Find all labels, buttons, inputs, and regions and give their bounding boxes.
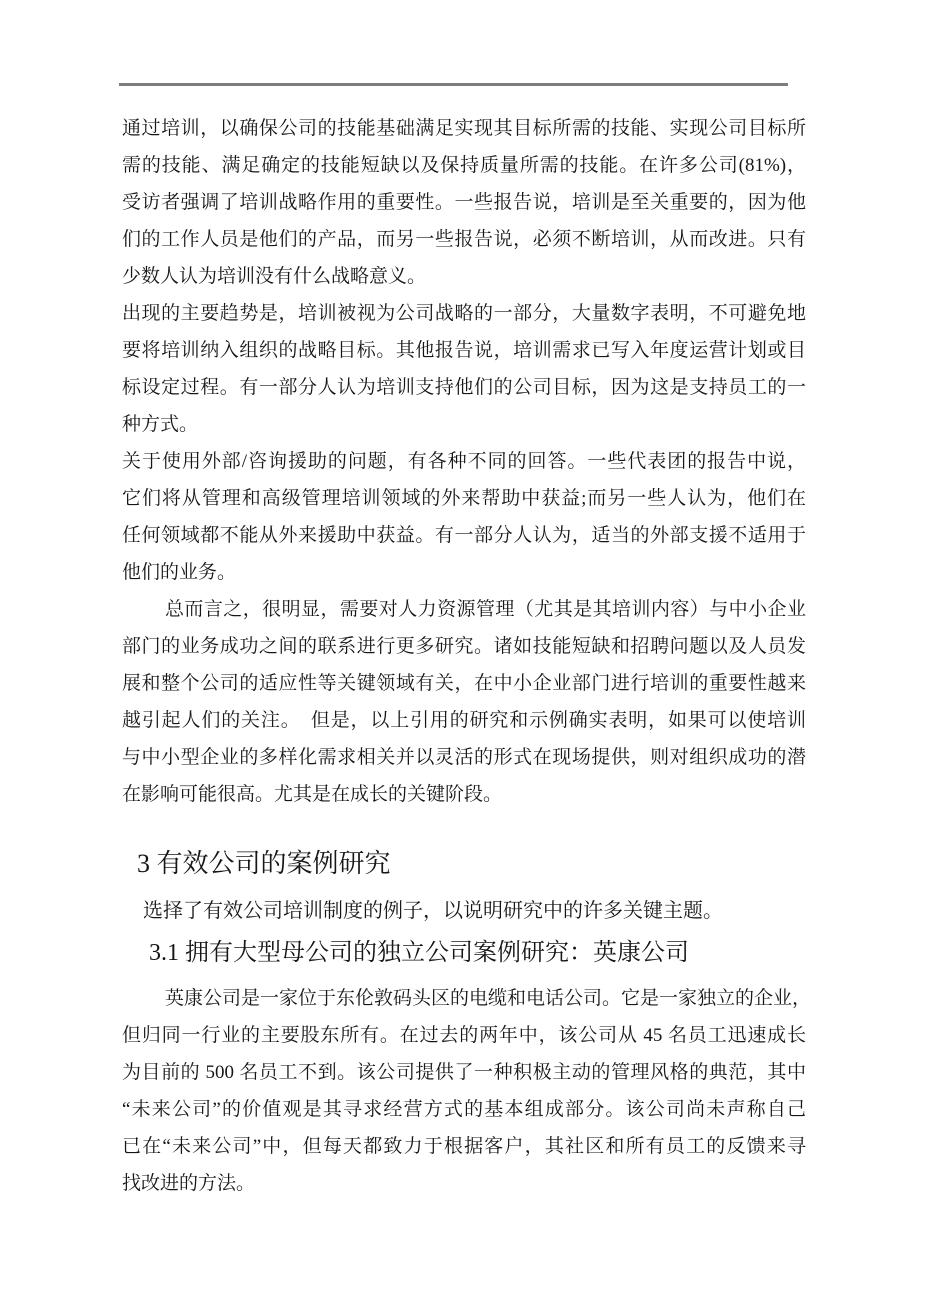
text-line: 越引起人们的关注。 但是，以上引用的研究和示例确实表明，如果可以使培训	[122, 702, 806, 739]
section-heading: 3 有效公司的案例研究	[122, 843, 806, 885]
text-line: 需的技能、满足确定的技能短缺以及保持质量所需的技能。在许多公司(81%)，	[122, 147, 806, 184]
text-line: 通过培训，以确保公司的技能基础满足实现其目标所需的技能、实现公司目标所	[122, 110, 806, 147]
text-line: “未来公司”的价值观是其寻求经营方式的基本组成部分。该公司尚未声称自己	[122, 1091, 806, 1128]
text-line: 展和整个公司的适应性等关键领域有关，在中小企业部门进行培训的重要性越来	[122, 665, 806, 702]
text-line: 受访者强调了培训战略作用的重要性。一些报告说，培训是至关重要的，因为他	[122, 184, 806, 221]
text-line: 种方式。	[122, 406, 806, 443]
body-paragraph: 通过培训，以确保公司的技能基础满足实现其目标所需的技能、实现公司目标所需的技能、…	[122, 110, 806, 295]
intro-paragraph: 选择了有效公司培训制度的例子，以说明研究中的许多关键主题。	[122, 893, 806, 929]
text-line: 部门的业务成功之间的联系进行更多研究。诸如技能短缺和招聘问题以及人员发	[122, 628, 806, 665]
text-line: 要将培训纳入组织的战略目标。其他报告说，培训需求已写入年度运营计划或目	[122, 332, 806, 369]
page-header-rule	[119, 83, 788, 86]
subsection-heading: 3.1 拥有大型母公司的独立公司案例研究：英康公司	[122, 933, 806, 973]
text-line: 英康公司是一家位于东伦敦码头区的电缆和电话公司。它是一家独立的企业，	[122, 980, 806, 1017]
text-line: 但归同一行业的主要股东所有。在过去的两年中，该公司从 45 名员工迅速成长	[122, 1017, 806, 1054]
text-line: 为目前的 500 名员工不到。该公司提供了一种积极主动的管理风格的典范，其中	[122, 1054, 806, 1091]
text-line: 出现的主要趋势是，培训被视为公司战略的一部分，大量数字表明，不可避免地	[122, 295, 806, 332]
body-paragraph: 总而言之，很明显，需要对人力资源管理（尤其是其培训内容）与中小企业部门的业务成功…	[122, 591, 806, 813]
text-line: 们的工作人员是他们的产品，而另一些报告说，必须不断培训，从而改进。只有	[122, 221, 806, 258]
body-paragraph: 出现的主要趋势是，培训被视为公司战略的一部分，大量数字表明，不可避免地要将培训纳…	[122, 295, 806, 443]
body-paragraph: 关于使用外部/咨询援助的问题，有各种不同的回答。一些代表团的报告中说，它们将从管…	[122, 443, 806, 591]
text-line: 已在“未来公司”中，但每天都致力于根据客户，其社区和所有员工的反馈来寻	[122, 1128, 806, 1165]
text-line: 任何领域都不能从外来援助中获益。有一部分人认为，适当的外部支援不适用于	[122, 517, 806, 554]
text-line: 关于使用外部/咨询援助的问题，有各种不同的回答。一些代表团的报告中说，	[122, 443, 806, 480]
content: 通过培训，以确保公司的技能基础满足实现其目标所需的技能、实现公司目标所需的技能、…	[122, 110, 806, 1202]
text-line: 找改进的方法。	[122, 1165, 806, 1202]
text-line: 它们将从管理和高级管理培训领域的外来帮助中获益;而另一些人认为，他们在	[122, 480, 806, 517]
text-line: 标设定过程。有一部分人认为培训支持他们的公司目标，因为这是支持员工的一	[122, 369, 806, 406]
body-paragraph: 英康公司是一家位于东伦敦码头区的电缆和电话公司。它是一家独立的企业，但归同一行业…	[122, 980, 806, 1202]
text-line: 在影响可能很高。尤其是在成长的关键阶段。	[122, 776, 806, 813]
text-line: 他们的业务。	[122, 554, 806, 591]
text-line: 与中小型企业的多样化需求相关并以灵活的形式在现场提供，则对组织成功的潜	[122, 739, 806, 776]
document-page: 通过培训，以确保公司的技能基础满足实现其目标所需的技能、实现公司目标所需的技能、…	[0, 0, 926, 1309]
text-line: 少数人认为培训没有什么战略意义。	[122, 258, 806, 295]
text-line: 总而言之，很明显，需要对人力资源管理（尤其是其培训内容）与中小企业	[122, 591, 806, 628]
text-line: 选择了有效公司培训制度的例子，以说明研究中的许多关键主题。	[122, 893, 806, 929]
